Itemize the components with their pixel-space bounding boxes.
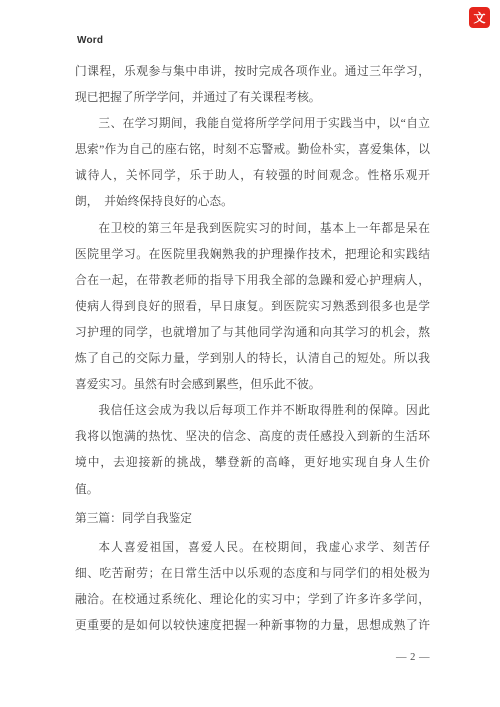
paragraph: 三、在学习期间，我能自觉将所学学问用于实践当中，以“自立思索”作为自己的座右铭，… xyxy=(75,111,430,215)
paragraph: 我信任这会成为我以后每项工作并不断取得胜利的保障。因此我将以饱满的热忱、坚决的信… xyxy=(75,398,430,502)
text-line: 门课程，乐观参与集中串讲，按时完成各项作业。通过三年学习， xyxy=(75,59,430,85)
text-body: 门课程，乐观参与集中串讲，按时完成各项作业。通过三年学习，现已把握了所学学问，并… xyxy=(75,59,430,639)
text-line: 第三篇：同学自我鉴定 xyxy=(75,506,430,532)
text-line: 使病人得到良好的照看，早日康复。到医院实习熟悉到很多也是学 xyxy=(75,294,430,320)
paragraph: 门课程，乐观参与集中串讲，按时完成各项作业。通过三年学习，现已把握了所学学问，并… xyxy=(75,59,430,111)
text-line: 合在一起，在带教老师的指导下用我全部的急躁和爱心护理病人， xyxy=(75,268,430,294)
section-heading: 第三篇：同学自我鉴定 xyxy=(75,506,430,532)
text-line: 值。 xyxy=(75,477,430,503)
text-line: 融洽。在校通过系统化、理论化的实习中；学到了许多许多学问， xyxy=(75,587,430,613)
text-line: 境中，去迎接新的挑战，攀登新的高峰，更好地实现自身人生价 xyxy=(75,450,430,476)
page-number: — 2 — xyxy=(396,652,430,663)
text-line: 我将以饱满的热忱、坚决的信念、高度的责任感投入到新的生活环 xyxy=(75,424,430,450)
text-line: 医院里学习。在医院里我娴熟我的护理操作技术，把理论和实践结 xyxy=(75,242,430,268)
text-line: 我信任这会成为我以后每项工作并不断取得胜利的保障。因此 xyxy=(75,398,430,424)
text-line: 细、吃苦耐劳；在日常生活中以乐观的态度和与同学们的相处极为 xyxy=(75,561,430,587)
site-logo-icon: 文 xyxy=(469,7,490,28)
text-line: 习护理的同学，也就增加了与其他同学沟通和向其学习的机会，熬 xyxy=(75,320,430,346)
text-line: 三、在学习期间，我能自觉将所学学问用于实践当中，以“自立 xyxy=(75,111,430,137)
text-line: 喜爱实习。虽然有时会感到累些，但乐此不彼。 xyxy=(75,372,430,398)
document-page[interactable]: Word 文 门课程，乐观参与集中串讲，按时完成各项作业。通过三年学习，现已把握… xyxy=(0,0,500,707)
text-line: 现已把握了所学学问，并通过了有关课程考核。 xyxy=(75,85,430,111)
logo-glyph: 文 xyxy=(473,12,485,24)
text-line: 炼了自己的交际力量，学到别人的特长，认清自己的短处。所以我 xyxy=(75,346,430,372)
file-type-label: Word xyxy=(77,35,103,46)
text-line: 朗， 并始终保持良好的心态。 xyxy=(75,189,430,215)
text-line: 在卫校的第三年是我到医院实习的时间，基本上一年都是呆在 xyxy=(75,216,430,242)
text-line: 思索”作为自己的座右铭，时刻不忘警戒。勤俭朴实，喜爱集体，以 xyxy=(75,137,430,163)
text-line: 更重要的是如何以较快速度把握一种新事物的力量，思想成熟了许 xyxy=(75,613,430,639)
paragraph: 本人喜爱祖国，喜爱人民。在校期间，我虚心求学、刻苦仔细、吃苦耐劳；在日常生活中以… xyxy=(75,535,430,639)
paragraph: 在卫校的第三年是我到医院实习的时间，基本上一年都是呆在医院里学习。在医院里我娴熟… xyxy=(75,216,430,399)
text-line: 本人喜爱祖国，喜爱人民。在校期间，我虚心求学、刻苦仔 xyxy=(75,535,430,561)
text-line: 诚待人，关怀同学，乐于助人，有较强的时间观念。性格乐观开 xyxy=(75,163,430,189)
